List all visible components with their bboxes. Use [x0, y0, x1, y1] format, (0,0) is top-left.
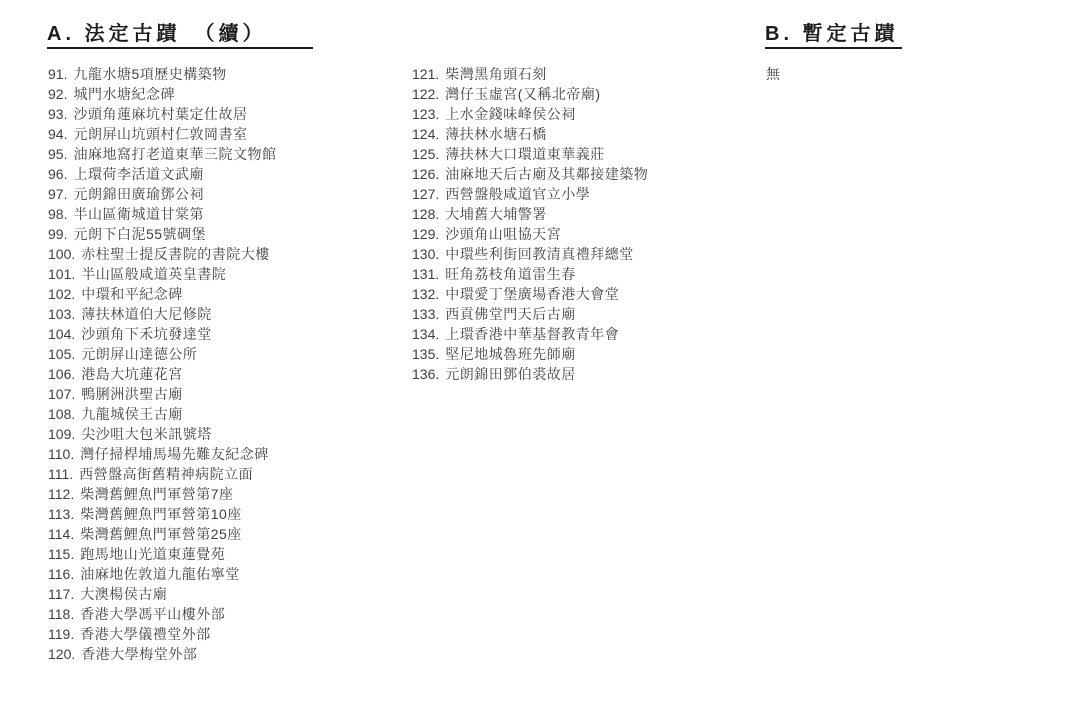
section-b-none-label: 無	[766, 64, 780, 84]
item-number: 98.	[48, 206, 67, 222]
monument-list-item: 133.西貢佛堂門天后古廟	[412, 304, 648, 324]
item-name: 中環些利街回教清真禮拜總堂	[445, 246, 634, 262]
item-number: 119.	[48, 626, 74, 642]
item-number: 111.	[48, 466, 73, 482]
monument-list-item: 110.灣仔掃桿埔馬場先難友紀念碑	[48, 444, 276, 464]
item-name: 跑馬地山光道東蓮覺苑	[80, 546, 225, 562]
item-number: 124.	[412, 126, 439, 142]
monument-list-item: 129.沙頭角山咀協天宮	[412, 224, 648, 244]
monument-list-item: 114.柴灣舊鯉魚門軍營第25座	[48, 524, 276, 544]
monument-list-item: 98.半山區衛城道甘棠第	[48, 204, 276, 224]
item-name: 柴灣黑角頭石刻	[445, 66, 547, 82]
monument-list-item: 104.沙頭角下禾坑發達堂	[48, 324, 276, 344]
item-number: 101.	[48, 266, 75, 282]
item-number: 100.	[48, 246, 75, 262]
monument-list-item: 123.上水金錢味峰侯公祠	[412, 104, 648, 124]
item-number: 108.	[48, 406, 75, 422]
monument-list-item: 112.柴灣舊鯉魚門軍營第7座	[48, 484, 276, 504]
item-name: 柴灣舊鯉魚門軍營第25座	[80, 526, 242, 542]
item-number: 95.	[48, 146, 67, 162]
monument-list-item: 124.薄扶林水塘石橋	[412, 124, 648, 144]
monument-list-item: 106.港島大坑蓮花宮	[48, 364, 276, 384]
item-number: 115.	[48, 546, 74, 562]
monument-list-item: 108.九龍城侯王古廟	[48, 404, 276, 424]
item-number: 117.	[48, 586, 74, 602]
monument-list-item: 128.大埔舊大埔警署	[412, 204, 648, 224]
item-name: 大埔舊大埔警署	[445, 206, 547, 222]
item-name: 沙頭角下禾坑發達堂	[81, 326, 212, 342]
monument-list-item: 100.赤柱聖士提反書院的書院大樓	[48, 244, 276, 264]
item-number: 103.	[48, 306, 75, 322]
item-name: 薄扶林道伯大尼修院	[81, 306, 212, 322]
item-name: 赤柱聖士提反書院的書院大樓	[81, 246, 270, 262]
item-name: 香港大學馮平山樓外部	[80, 606, 225, 622]
item-number: 93.	[48, 106, 67, 122]
item-number: 122.	[412, 86, 439, 102]
item-name: 九龍城侯王古廟	[81, 406, 183, 422]
item-number: 99.	[48, 226, 67, 242]
monument-list-item: 118.香港大學馮平山樓外部	[48, 604, 276, 624]
item-number: 110.	[48, 446, 74, 462]
item-name: 半山區衛城道甘棠第	[73, 206, 204, 222]
item-number: 116.	[48, 566, 74, 582]
monument-list-item: 96.上環荷李活道文武廟	[48, 164, 276, 184]
item-number: 91.	[48, 66, 67, 82]
monument-list-item: 126.油麻地天后古廟及其鄰接建築物	[412, 164, 648, 184]
monument-list-item: 135.堅尼地城魯班先師廟	[412, 344, 648, 364]
monument-list-item: 130.中環些利街回教清真禮拜總堂	[412, 244, 648, 264]
monument-list-item: 91.九龍水塘5項歷史構築物	[48, 64, 276, 84]
item-number: 92.	[48, 86, 67, 102]
item-name: 油麻地天后古廟及其鄰接建築物	[445, 166, 648, 182]
item-name: 油麻地窩打老道東華三院文物館	[73, 146, 276, 162]
item-name: 西營盤般咸道官立小學	[445, 186, 590, 202]
item-number: 133.	[412, 306, 439, 322]
item-name: 鴨脷洲洪聖古廟	[81, 386, 183, 402]
item-name: 沙頭角蓮麻坑村葉定仕故居	[73, 106, 247, 122]
item-number: 134.	[412, 326, 439, 342]
monument-list-item: 105.元朗屏山達德公所	[48, 344, 276, 364]
monument-list-item: 99.元朗下白泥55號碉堡	[48, 224, 276, 244]
monument-list-item: 101.半山區般咸道英皇書院	[48, 264, 276, 284]
item-name: 香港大學梅堂外部	[81, 646, 197, 662]
monument-list-item: 116.油麻地佐敦道九龍佑寧堂	[48, 564, 276, 584]
item-name: 元朗下白泥55號碉堡	[73, 226, 206, 242]
monument-list-item: 120.香港大學梅堂外部	[48, 644, 276, 664]
item-name: 旺角荔枝角道雷生春	[445, 266, 576, 282]
item-number: 130.	[412, 246, 439, 262]
monument-list-item: 109.尖沙咀大包米訊號塔	[48, 424, 276, 444]
item-number: 131.	[412, 266, 439, 282]
item-name: 灣仔玉虛宮(又稱北帝廟)	[445, 86, 600, 102]
item-name: 港島大坑蓮花宮	[81, 366, 183, 382]
item-number: 135.	[412, 346, 439, 362]
item-name: 香港大學儀禮堂外部	[80, 626, 211, 642]
item-name: 城門水塘紀念碑	[73, 86, 175, 102]
item-name: 中環愛丁堡廣場香港大會堂	[445, 286, 619, 302]
section-b-heading: B. 暫定古蹟	[765, 22, 902, 49]
item-name: 中環和平紀念碑	[81, 286, 183, 302]
item-name: 油麻地佐敦道九龍佑寧堂	[80, 566, 240, 582]
item-name: 上環荷李活道文武廟	[73, 166, 204, 182]
item-number: 106.	[48, 366, 75, 382]
monument-list-item: 97.元朗錦田廣瑜鄧公祠	[48, 184, 276, 204]
monument-list-item: 121.柴灣黑角頭石刻	[412, 64, 648, 84]
monument-list-item: 115.跑馬地山光道東蓮覺苑	[48, 544, 276, 564]
monument-list-item: 107.鴨脷洲洪聖古廟	[48, 384, 276, 404]
monument-list-item: 92.城門水塘紀念碑	[48, 84, 276, 104]
item-name: 半山區般咸道英皇書院	[81, 266, 226, 282]
monument-list-item: 95.油麻地窩打老道東華三院文物館	[48, 144, 276, 164]
item-name: 大澳楊侯古廟	[80, 586, 167, 602]
monument-list-item: 94.元朗屏山坑頭村仁敦岡書室	[48, 124, 276, 144]
item-number: 123.	[412, 106, 439, 122]
monument-list-item: 93.沙頭角蓮麻坑村葉定仕故居	[48, 104, 276, 124]
item-number: 102.	[48, 286, 75, 302]
item-name: 薄扶林大口環道東華義莊	[445, 146, 605, 162]
monument-list-item: 127.西營盤般咸道官立小學	[412, 184, 648, 204]
item-name: 柴灣舊鯉魚門軍營第7座	[80, 486, 233, 502]
monument-list-item: 111.西營盤高街舊精神病院立面	[48, 464, 276, 484]
item-number: 96.	[48, 166, 67, 182]
item-number: 125.	[412, 146, 439, 162]
item-name: 柴灣舊鯉魚門軍營第10座	[80, 506, 242, 522]
monument-list-item: 132.中環愛丁堡廣場香港大會堂	[412, 284, 648, 304]
monument-list-item: 125.薄扶林大口環道東華義莊	[412, 144, 648, 164]
item-number: 104.	[48, 326, 75, 342]
monument-list-item: 102.中環和平紀念碑	[48, 284, 276, 304]
item-number: 129.	[412, 226, 439, 242]
item-number: 114.	[48, 526, 74, 542]
monument-list-item: 103.薄扶林道伯大尼修院	[48, 304, 276, 324]
item-number: 109.	[48, 426, 75, 442]
item-number: 127.	[412, 186, 439, 202]
item-name: 堅尼地城魯班先師廟	[445, 346, 576, 362]
monument-list-item: 131.旺角荔枝角道雷生春	[412, 264, 648, 284]
item-number: 132.	[412, 286, 439, 302]
item-number: 136.	[412, 366, 439, 382]
item-name: 沙頭角山咀協天宮	[445, 226, 561, 242]
monument-list-item: 134.上環香港中華基督教青年會	[412, 324, 648, 344]
item-name: 元朗屏山坑頭村仁敦岡書室	[73, 126, 247, 142]
monument-list-item: 119.香港大學儀禮堂外部	[48, 624, 276, 644]
monument-list-item: 117.大澳楊侯古廟	[48, 584, 276, 604]
item-name: 九龍水塘5項歷史構築物	[73, 66, 226, 82]
item-number: 112.	[48, 486, 74, 502]
item-name: 元朗錦田廣瑜鄧公祠	[73, 186, 204, 202]
item-number: 120.	[48, 646, 75, 662]
item-name: 上水金錢味峰侯公祠	[445, 106, 576, 122]
item-name: 上環香港中華基督教青年會	[445, 326, 619, 342]
section-a-heading: A. 法定古蹟 （續）	[47, 22, 313, 49]
item-name: 元朗錦田鄧伯裘故居	[445, 366, 576, 382]
item-name: 西營盤高街舊精神病院立面	[79, 466, 253, 482]
item-number: 97.	[48, 186, 67, 202]
monuments-document-page: A. 法定古蹟 （續） B. 暫定古蹟 91.九龍水塘5項歷史構築物92.城門水…	[0, 0, 1089, 702]
item-number: 118.	[48, 606, 74, 622]
item-number: 94.	[48, 126, 67, 142]
item-number: 126.	[412, 166, 439, 182]
item-number: 113.	[48, 506, 74, 522]
item-number: 107.	[48, 386, 75, 402]
item-number: 121.	[412, 66, 439, 82]
item-name: 西貢佛堂門天后古廟	[445, 306, 576, 322]
monument-list-121-136: 121.柴灣黑角頭石刻122.灣仔玉虛宮(又稱北帝廟)123.上水金錢味峰侯公祠…	[412, 64, 648, 384]
item-name: 尖沙咀大包米訊號塔	[81, 426, 212, 442]
item-name: 薄扶林水塘石橋	[445, 126, 547, 142]
item-number: 105.	[48, 346, 75, 362]
item-name: 灣仔掃桿埔馬場先難友紀念碑	[80, 446, 269, 462]
item-name: 元朗屏山達德公所	[81, 346, 197, 362]
monument-list-item: 136.元朗錦田鄧伯裘故居	[412, 364, 648, 384]
monument-list-91-120: 91.九龍水塘5項歷史構築物92.城門水塘紀念碑93.沙頭角蓮麻坑村葉定仕故居9…	[48, 64, 276, 664]
item-number: 128.	[412, 206, 439, 222]
monument-list-item: 113.柴灣舊鯉魚門軍營第10座	[48, 504, 276, 524]
monument-list-item: 122.灣仔玉虛宮(又稱北帝廟)	[412, 84, 648, 104]
